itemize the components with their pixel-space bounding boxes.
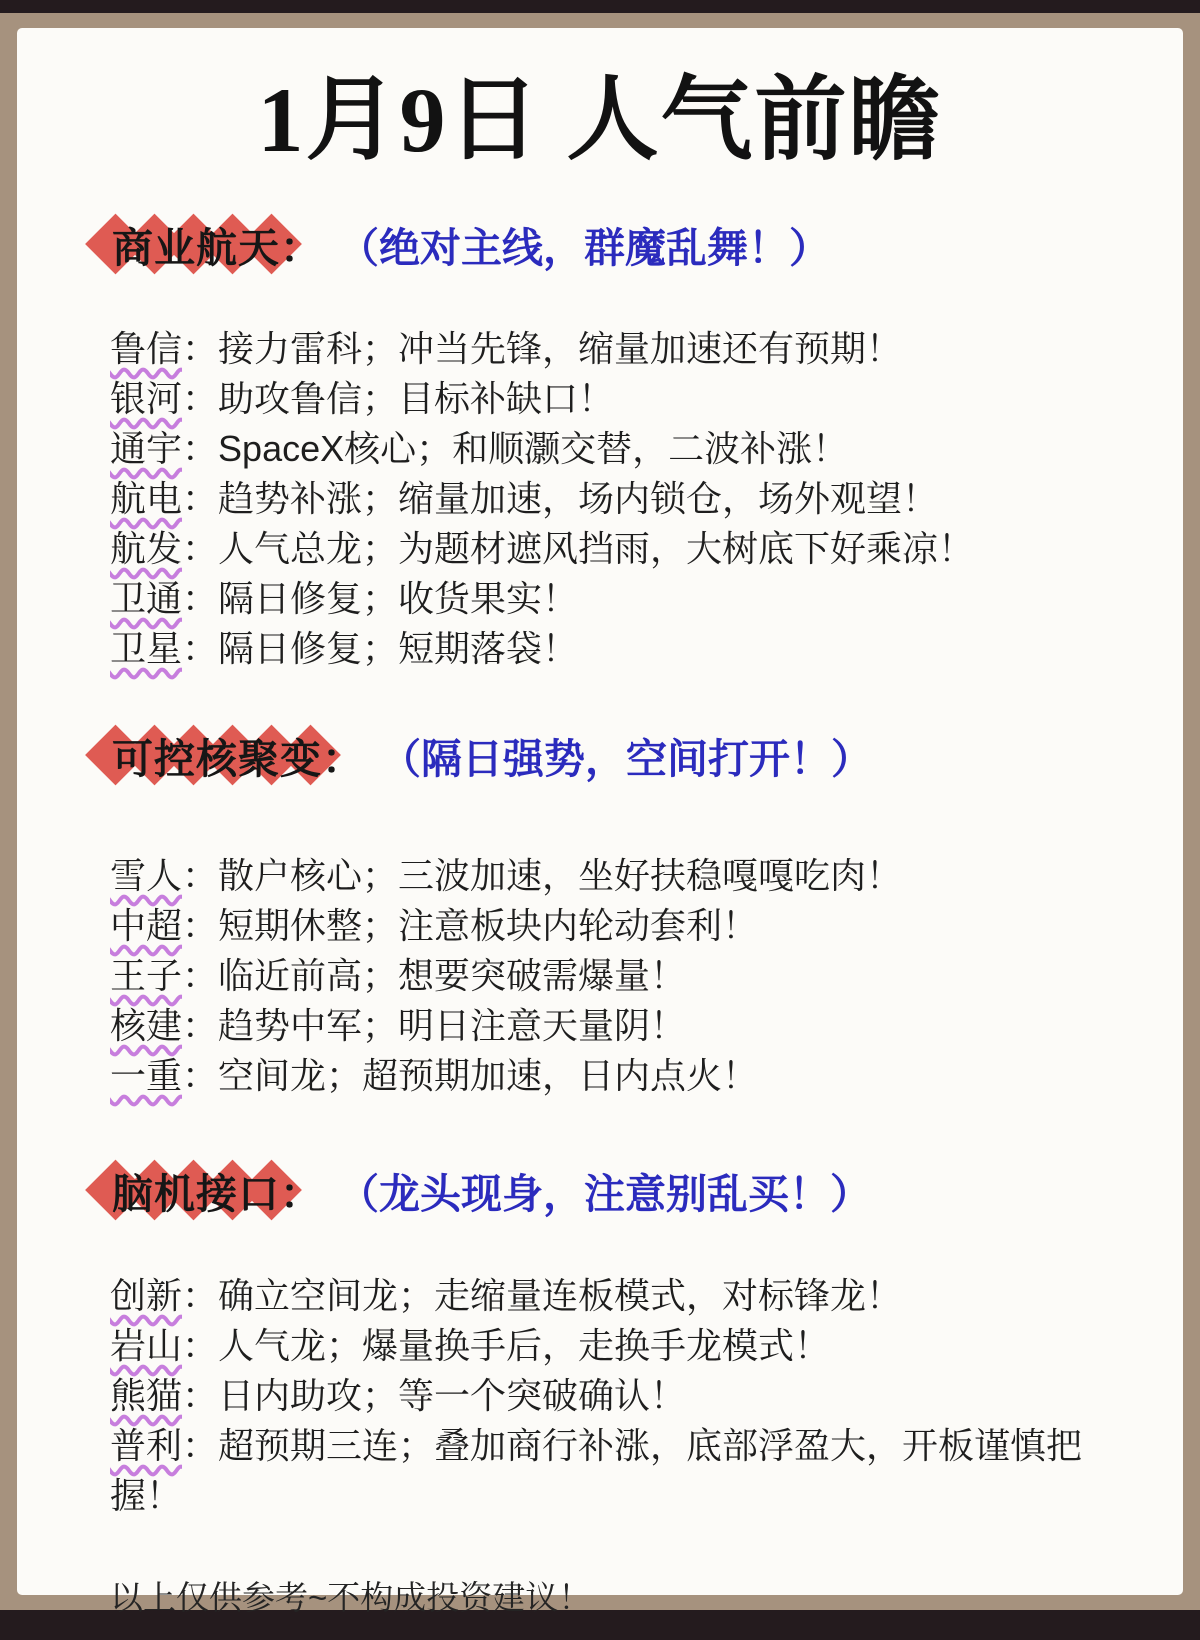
stock-comment: 趋势中军；明日注意天量阴！ [218,1005,686,1046]
stock-line: 王子：临近前高；想要突破需爆量！ [110,951,1133,1001]
name-colon: ： [182,328,218,369]
name-colon: ： [182,378,218,419]
section-label-text: 商业航天： [112,225,322,271]
stock-line: 一重：空间龙；超预期加速，日内点火！ [110,1051,1133,1101]
section-header: 脑机接口： （龙头现身，注意别乱买！） [110,1150,1133,1230]
stock-comment: 人气龙；爆量换手后，走换手龙模式！ [218,1325,830,1366]
name-colon: ： [182,578,218,619]
stock-line: 普利：超预期三连；叠加商行补涨，底部浮盈大，开板谨慎把握！ [110,1421,1133,1521]
section-label: 脑机接口： [110,1161,328,1220]
stock-comment: 散户核心；三波加速，坐好扶稳嘎嘎吃肉！ [218,855,902,896]
name-colon: ： [182,1005,218,1046]
stock-name: 创新 [110,1275,182,1316]
topic-section: 商业航天： （绝对主线，群魔乱舞！） 鲁信：接力雷科；冲当先锋，缩量加速还有预期… [110,204,1133,674]
stock-line: 中超：短期休整；注意板块内轮动套利！ [110,901,1133,951]
stock-name: 卫通 [110,578,182,619]
stock-line: 熊猫：日内助攻；等一个突破确认！ [110,1371,1133,1421]
stock-line: 雪人：散户核心；三波加速，坐好扶稳嘎嘎吃肉！ [110,851,1133,901]
stock-line: 鲁信：接力雷科；冲当先锋，缩量加速还有预期！ [110,324,1133,374]
stock-comment: 超预期三连；叠加商行补涨，底部浮盈大，开板谨慎把握！ [110,1425,1082,1516]
photo-frame: 1月9日 人气前瞻 商业航天： （绝对主线，群魔乱舞！） 鲁信：接力雷科；冲当先… [0,13,1200,1610]
stock-name: 熊猫 [110,1375,182,1416]
section-header: 可控核聚变： （隔日强势，空间打开！） [110,715,1133,795]
section-header: 商业航天： （绝对主线，群魔乱舞！） [110,204,1133,284]
stock-comment: SpaceX核心；和顺灏交替，二波补涨！ [218,428,848,469]
stock-line: 卫星：隔日修复；短期落袋！ [110,624,1133,674]
name-colon: ： [182,1275,218,1316]
stock-line: 岩山：人气龙；爆量换手后，走换手龙模式！ [110,1321,1133,1371]
stock-comment: 隔日修复；短期落袋！ [218,628,578,669]
stock-comment: 助攻鲁信；目标补缺口！ [218,378,614,419]
stock-comment: 人气总龙；为题材遮风挡雨，大树底下好乘凉！ [218,528,974,569]
stock-name: 通宇 [110,428,182,469]
section-annotation: （龙头现身，注意别乱买！） [338,1161,871,1220]
stock-comment: 短期休整；注意板块内轮动套利！ [218,905,758,946]
name-colon: ： [182,1375,218,1416]
section-label-text: 可控核聚变： [112,736,364,782]
stock-comment: 隔日修复；收货果实！ [218,578,578,619]
stock-line: 通宇：SpaceX核心；和顺灏交替，二波补涨！ [110,424,1133,474]
stock-comment: 空间龙；超预期加速，日内点火！ [218,1055,758,1096]
name-colon: ： [182,1425,218,1466]
stock-line: 银河：助攻鲁信；目标补缺口！ [110,374,1133,424]
disclaimer-text: 以上仅供参考~不构成投资建议！ [110,1576,1133,1620]
stock-comment: 确立空间龙；走缩量连板模式，对标锋龙！ [218,1275,902,1316]
stock-name: 王子 [110,955,182,996]
name-colon: ： [182,628,218,669]
stock-line: 卫通：隔日修复；收货果实！ [110,574,1133,624]
stock-name: 核建 [110,1005,182,1046]
stock-name: 一重 [110,1055,182,1096]
stock-name: 航电 [110,478,182,519]
stock-comment: 接力雷科；冲当先锋，缩量加速还有预期！ [218,328,902,369]
stock-name: 普利 [110,1425,182,1466]
section-label-text: 脑机接口： [112,1171,322,1217]
content-body: 商业航天： （绝对主线，群魔乱舞！） 鲁信：接力雷科；冲当先锋，缩量加速还有预期… [17,204,1183,1620]
name-colon: ： [182,528,218,569]
stock-comment: 趋势补涨；缩量加速，场内锁仓，场外观望！ [218,478,938,519]
section-label: 可控核聚变： [110,726,370,785]
section-label: 商业航天： [110,215,328,274]
stock-comment: 临近前高；想要突破需爆量！ [218,955,686,996]
name-colon: ： [182,955,218,996]
stock-name: 银河 [110,378,182,419]
stock-list: 雪人：散户核心；三波加速，坐好扶稳嘎嘎吃肉！ 中超：短期休整；注意板块内轮动套利… [110,851,1133,1101]
name-colon: ： [182,428,218,469]
stock-line: 核建：趋势中军；明日注意天量阴！ [110,1001,1133,1051]
content-card: 1月9日 人气前瞻 商业航天： （绝对主线，群魔乱舞！） 鲁信：接力雷科；冲当先… [17,28,1183,1595]
stock-name: 雪人 [110,855,182,896]
stock-name: 航发 [110,528,182,569]
section-annotation: （隔日强势，空间打开！） [380,726,872,785]
stock-line: 创新：确立空间龙；走缩量连板模式，对标锋龙！ [110,1271,1133,1321]
stock-list: 鲁信：接力雷科；冲当先锋，缩量加速还有预期！ 银河：助攻鲁信；目标补缺口！ 通宇… [110,324,1133,674]
topic-section: 脑机接口： （龙头现身，注意别乱买！） 创新：确立空间龙；走缩量连板模式，对标锋… [110,1150,1133,1521]
stock-name: 鲁信 [110,328,182,369]
stock-comment: 日内助攻；等一个突破确认！ [218,1375,686,1416]
topic-section: 可控核聚变： （隔日强势，空间打开！） 雪人：散户核心；三波加速，坐好扶稳嘎嘎吃… [110,715,1133,1101]
section-annotation: （绝对主线，群魔乱舞！） [338,215,830,274]
stock-name: 中超 [110,905,182,946]
name-colon: ： [182,905,218,946]
stock-list: 创新：确立空间龙；走缩量连板模式，对标锋龙！ 岩山：人气龙；爆量换手后，走换手龙… [110,1271,1133,1521]
stock-line: 航电：趋势补涨；缩量加速，场内锁仓，场外观望！ [110,474,1133,524]
stock-line: 航发：人气总龙；为题材遮风挡雨，大树底下好乘凉！ [110,524,1133,574]
name-colon: ： [182,855,218,896]
name-colon: ： [182,478,218,519]
name-colon: ： [182,1055,218,1096]
sections-container: 商业航天： （绝对主线，群魔乱舞！） 鲁信：接力雷科；冲当先锋，缩量加速还有预期… [110,204,1133,1521]
stock-name: 岩山 [110,1325,182,1366]
stock-name: 卫星 [110,628,182,669]
page-title: 1月9日 人气前瞻 [17,28,1183,168]
name-colon: ： [182,1325,218,1366]
